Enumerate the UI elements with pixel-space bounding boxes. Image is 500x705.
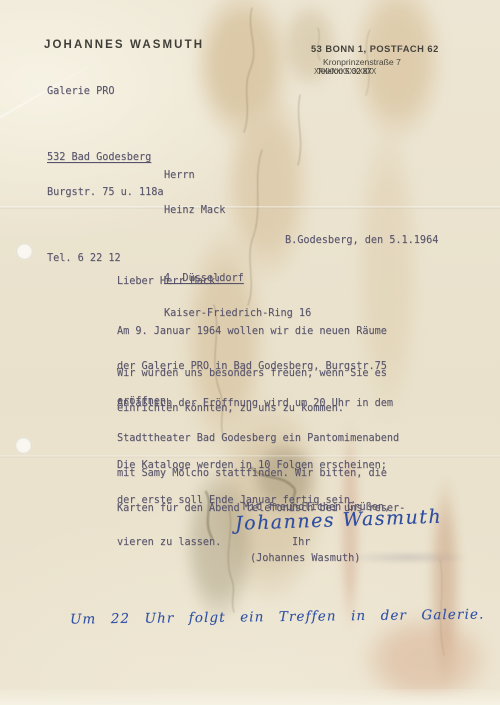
- stain-blob: [192, 0, 292, 145]
- salutation: Lieber Herr Mack!: [117, 276, 221, 288]
- sender-city: 532 Bad Godesberg: [47, 152, 164, 164]
- closing-ihr: Ihr: [292, 537, 390, 549]
- punch-hole: [16, 243, 33, 260]
- strike-overstrike-x: XXXXXXXXXXXXXX: [314, 67, 376, 76]
- sender-street: Burgstr. 75 u. 118a: [47, 187, 164, 199]
- letterhead-name: JOHANNES WASMUTH: [44, 39, 204, 51]
- dateline: B.Godesberg, den 5.1.1964: [285, 235, 438, 247]
- sender-phone: Tel. 6 22 12: [47, 253, 164, 265]
- page-bottom-edge: [0, 689, 500, 705]
- letterhead-address-line1: 53 BONN 1, POSTFACH 62: [311, 44, 439, 54]
- handwritten-postscript: Um 22 Uhr folgt ein Treffen in der Galer…: [70, 606, 500, 627]
- letter-page: JOHANNES WASMUTH 53 BONN 1, POSTFACH 62 …: [0, 0, 500, 705]
- letterhead-phone-struck: Telefon 5 32 87 XXXXXXXXXXXXXX: [317, 67, 372, 76]
- recipient-name: Heinz Mack: [164, 205, 311, 217]
- recipient-salute: Herrn: [164, 170, 311, 182]
- sender-gallery: Galerie PRO: [47, 86, 164, 98]
- body-line: Anläßlich der Eröffnung wird um 20 Uhr i…: [117, 398, 405, 410]
- typed-signature-name: (Johannes Wasmuth): [250, 553, 360, 565]
- body-line: Die Kataloge werden in 10 Folgen erschei…: [117, 460, 387, 472]
- letterhead-address-line2: Kronprinzenstraße 7: [323, 57, 401, 67]
- punch-hole: [15, 437, 32, 454]
- sender-block: Galerie PRO 532 Bad Godesberg Burgstr. 7…: [47, 63, 164, 288]
- body-line: Am 9. Januar 1964 wollen wir die neuen R…: [117, 326, 387, 338]
